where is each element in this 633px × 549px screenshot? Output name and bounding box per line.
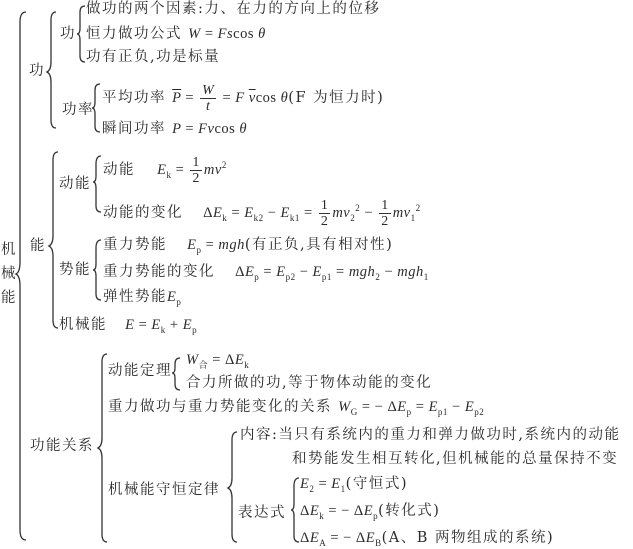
kinetic-brace [93,150,101,220]
work-factor-item: 做功的两个因素:力、在力的方向上的位移 [86,0,380,18]
expression-conserve-formula: E2 = E1 [300,476,346,492]
expression-system: ΔEA = − ΔEB(A、B 两物组成的系统) [300,529,554,549]
grav-potential-change-label: 重力势能的变化 [103,264,215,280]
expression-brace [291,474,299,549]
energy-brace [48,148,58,338]
relation-label: 功能关系 [30,437,94,455]
work-formula: W = Fscos θ [188,26,266,42]
inst-power-formula: P = Fvcos θ [172,121,247,137]
expression-transform-note: (转化式) [378,503,440,519]
mechanical-energy-item: 机械能 E = Ek + Ep [59,316,197,339]
kinetic-def-label: 动能 [103,162,135,178]
conservation-label: 机械能守恒定律 [108,481,220,499]
gravity-work-label: 重力做功与重力势能变化的关系 [108,399,332,415]
expression-conserve: E2 = E1(守恒式) [300,475,408,498]
conservation-content-line2: 和势能发生相互转化,但机械能的总量保持不变 [292,450,618,468]
conservation-content-line1: 内容:当只有系统内的重力和弹力做功时,系统内的动能 [240,426,621,444]
grav-potential-label: 重力势能 [103,237,167,253]
mechanical-energy-label: 机械能 [59,317,107,333]
potential-brace [93,236,101,306]
work-sign-item: 功有正负,功是标量 [86,48,220,66]
avg-power-note: (F 为恒力时) [288,90,384,106]
inst-power-label: 瞬间功率 [102,121,166,137]
work-formula-label: 恒力做功公式 [86,26,182,42]
theorem-label: 动能定理 [108,362,172,380]
kinetic-change-formula: ΔEk = Ek2 − Ek1 = 12mv22 − 12mv12 [203,205,421,221]
expression-label: 表达式 [238,504,286,522]
expression-transform: ΔEk = − ΔEp(转化式) [300,502,440,525]
work-formula-item: 恒力做功公式 W = Fscos θ [86,25,266,43]
expression-system-note: (A、B 两物组成的系统) [382,530,555,546]
inst-power-item: 瞬间功率 P = Fvcos θ [102,120,247,138]
elastic-potential-item: 弹性势能Ep [103,288,181,311]
kinetic-change-label: 动能的变化 [103,205,183,221]
work-sub-brace [77,0,85,70]
root-label: 机械能 [1,238,17,310]
gravity-work-formula: WG = − ΔEp = Ep1 − Ep2 [338,399,484,415]
grav-potential-change-item: 重力势能的变化 ΔEp = Ep2 − Ep1 = mgh2 − mgh1 [103,263,429,286]
gravity-work-item: 重力做功与重力势能变化的关系 WG = − ΔEp = Ep1 − Ep2 [108,398,484,421]
work-brace [46,0,56,140]
kinetic-change-item: 动能的变化 ΔEk = Ek2 − Ek1 = 12mv22 − 12mv12 [103,188,421,238]
theorem-statement: 合力所做的功,等于物体动能的变化 [186,374,432,392]
root-brace [16,0,26,549]
grav-potential-change-formula: ΔEp = Ep2 − Ep1 = mgh2 − mgh1 [235,264,429,280]
kinetic-def-formula: Ek = 12mv2 [157,162,227,178]
potential-label: 势能 [59,261,91,279]
kinetic-label: 动能 [59,175,91,193]
avg-power-formula: P = Wt = F vcos θ [172,90,288,106]
expression-system-formula: ΔEA = − ΔEB [300,530,382,546]
power-label: 功率 [62,101,94,119]
elastic-potential-label: 弹性势能 [103,289,167,305]
grav-potential-note: (有正负,具有相对性) [245,237,393,253]
theorem-formula: W合 = ΔEk [186,351,249,374]
avg-power-label: 平均功率 [102,90,166,106]
grav-potential-item: 重力势能 Ep = mgh(有正负,具有相对性) [103,236,393,259]
expression-conserve-note: (守恒式) [346,476,408,492]
avg-power-item: 平均功率 P = Wt = F vcos θ(F 为恒力时) [102,78,384,118]
mechanical-energy-formula: E = Ek + Ep [125,317,197,333]
work-label: 功 [60,25,76,43]
elastic-potential-symbol: Ep [167,289,181,305]
conservation-brace [227,428,237,549]
grav-potential-formula: Ep = mgh [187,237,245,253]
expression-transform-formula: ΔEk = − ΔEp [300,503,378,519]
energy-branch-label: 能 [30,237,46,255]
work-branch-label: 功 [29,62,45,80]
theorem-brace [172,354,180,394]
relation-brace [97,350,107,549]
